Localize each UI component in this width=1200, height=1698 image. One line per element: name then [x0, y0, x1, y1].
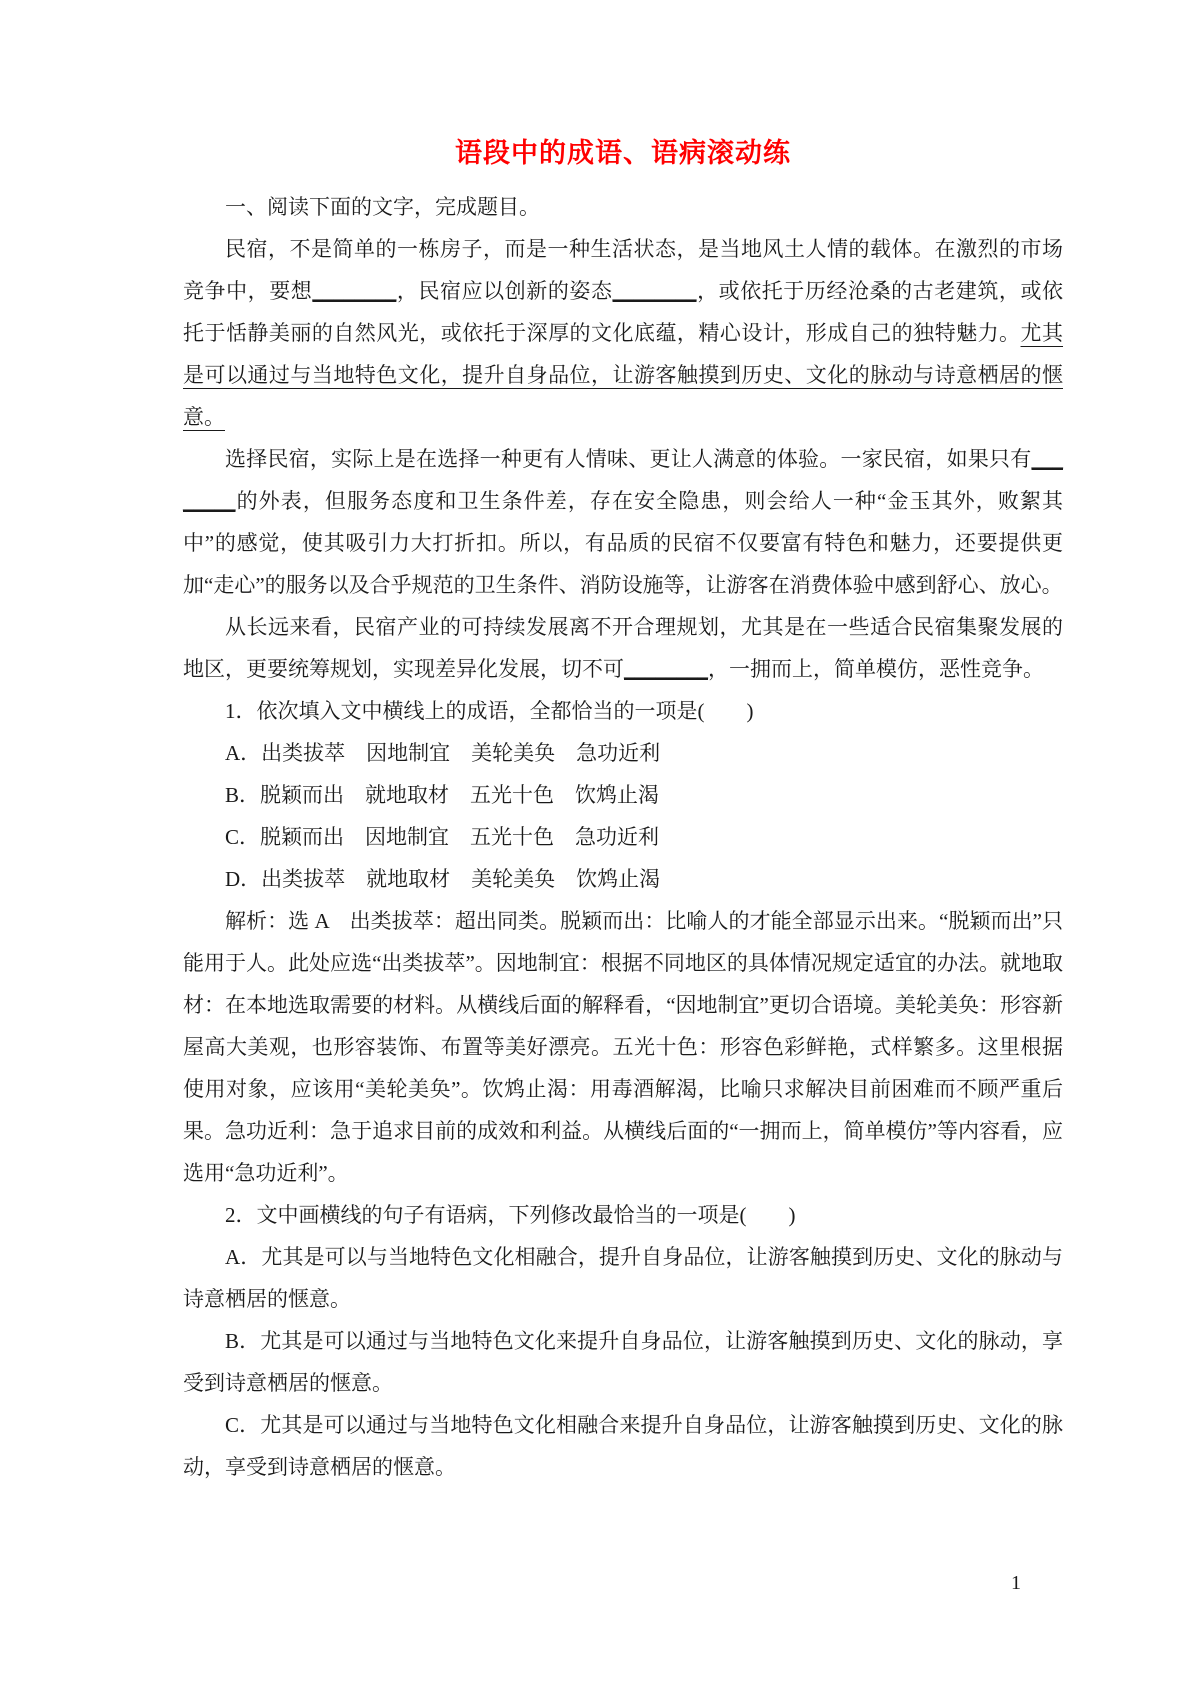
- question-2-option-b: B．尤其是可以通过与当地特色文化来提升自身品位，让游客触摸到历史、文化的脉动，享…: [183, 1320, 1063, 1404]
- question-1-analysis: 解析：选 A 出类拔萃：超出同类。脱颖而出：比喻人的才能全部显示出来。“脱颖而出…: [183, 900, 1063, 1194]
- document-body: 一、阅读下面的文字，完成题目。 民宿，不是简单的一栋房子，而是一种生活状态，是当…: [183, 186, 1063, 1488]
- document-page: 语段中的成语、语病滚动练 一、阅读下面的文字，完成题目。 民宿，不是简单的一栋房…: [0, 0, 1200, 1698]
- footer-page-number: 1: [183, 1562, 1063, 1604]
- fill-in-blank: ________: [624, 657, 708, 681]
- passage-text: ，一拥而上，简单模仿，恶性竞争。: [708, 657, 1044, 681]
- document-content: 语段中的成语、语病滚动练 一、阅读下面的文字，完成题目。 民宿，不是简单的一栋房…: [183, 0, 1063, 1488]
- passage-text: 的外表，但服务态度和卫生条件差，存在安全隐患，则会给人一种“金玉其外，败絮其中”…: [183, 489, 1063, 597]
- question-1-option-c: C．脱颖而出 因地制宜 五光十色 急功近利: [183, 816, 1063, 858]
- question-2-option-c: C．尤其是可以通过与当地特色文化相融合来提升自身品位，让游客触摸到历史、文化的脉…: [183, 1404, 1063, 1488]
- passage-text: 选择民宿，实际上是在选择一种更有人情味、更让人满意的体验。一家民宿，如果只有: [225, 447, 1032, 471]
- question-2-option-a: A．尤其是可以与当地特色文化相融合，提升自身品位，让游客触摸到历史、文化的脉动与…: [183, 1236, 1063, 1320]
- page-title: 语段中的成语、语病滚动练: [183, 136, 1063, 170]
- passage-paragraph-1: 民宿，不是简单的一栋房子，而是一种生活状态，是当地风土人情的载体。在激烈的市场竞…: [183, 228, 1063, 438]
- passage-paragraph-2: 选择民宿，实际上是在选择一种更有人情味、更让人满意的体验。一家民宿，如果只有__…: [183, 438, 1063, 606]
- question-1-option-d: D．出类拔萃 就地取材 美轮美奂 饮鸩止渴: [183, 858, 1063, 900]
- question-1-option-b: B．脱颖而出 就地取材 五光十色 饮鸩止渴: [183, 774, 1063, 816]
- passage-paragraph-3: 从长远来看，民宿产业的可持续发展离不开合理规划，尤其是在一些适合民宿集聚发展的地…: [183, 606, 1063, 690]
- question-1-option-a: A．出类拔萃 因地制宜 美轮美奂 急功近利: [183, 732, 1063, 774]
- section-heading-reading: 一、阅读下面的文字，完成题目。: [183, 186, 1063, 228]
- fill-in-blank: ________: [613, 279, 697, 303]
- passage-text: ，民宿应以创新的姿态: [396, 279, 612, 303]
- fill-in-blank: ________: [312, 279, 396, 303]
- question-2-stem: 2．文中画横线的句子有语病，下列修改最恰当的一项是( ): [183, 1194, 1063, 1236]
- question-1-stem: 1．依次填入文中横线上的成语，全都恰当的一项是( ): [183, 690, 1063, 732]
